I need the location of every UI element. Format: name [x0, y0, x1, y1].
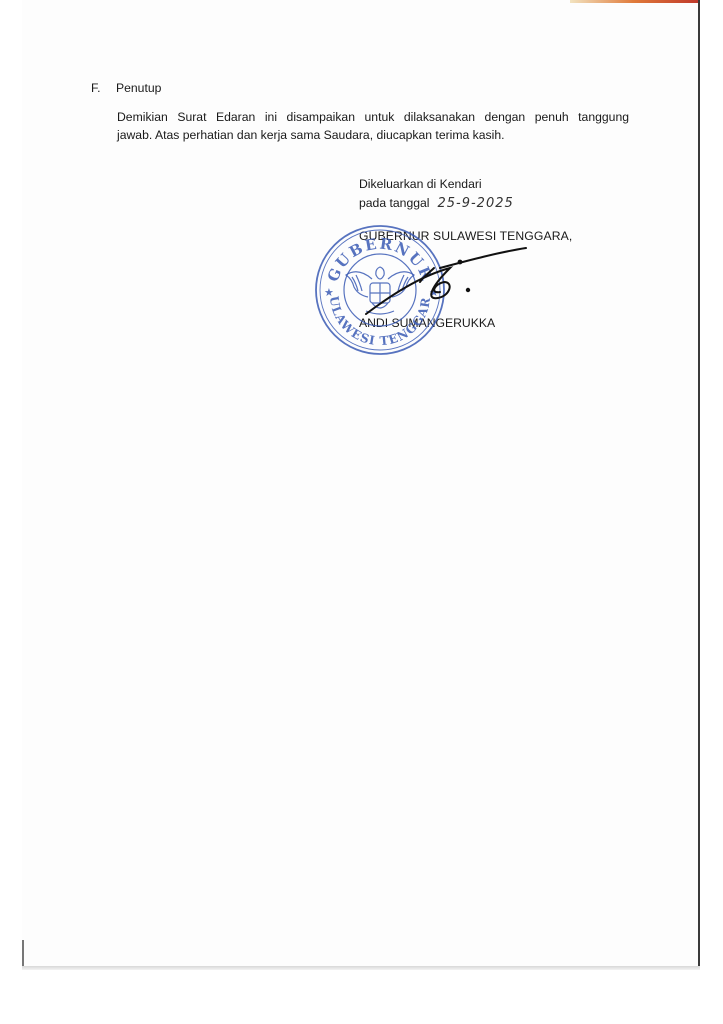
date-label: pada tanggal — [359, 196, 429, 210]
document-page — [22, 0, 700, 968]
handwritten-date: 25-9-2025 — [437, 196, 513, 211]
issuance-block: Dikeluarkan di Kendari pada tanggal25-9-… — [359, 175, 514, 213]
section-title: Penutup — [116, 81, 161, 95]
page-edge-strip — [570, 0, 698, 3]
section-heading: F.Penutup — [91, 81, 161, 95]
paragraph-line-2: jawab. Atas perhatian dan kerja sama Sau… — [117, 128, 505, 142]
page-bottom-edge — [22, 966, 700, 970]
handwritten-signature — [360, 238, 530, 318]
issued-at: Dikeluarkan di Kendari — [359, 175, 514, 194]
issued-date-row: pada tanggal25-9-2025 — [359, 194, 514, 213]
section-number: F. — [91, 81, 116, 95]
paragraph-line-1: Demikian Surat Edaran ini disampaikan un… — [117, 108, 629, 126]
svg-text:★: ★ — [324, 287, 334, 299]
closing-paragraph: Demikian Surat Edaran ini disampaikan un… — [117, 108, 629, 144]
